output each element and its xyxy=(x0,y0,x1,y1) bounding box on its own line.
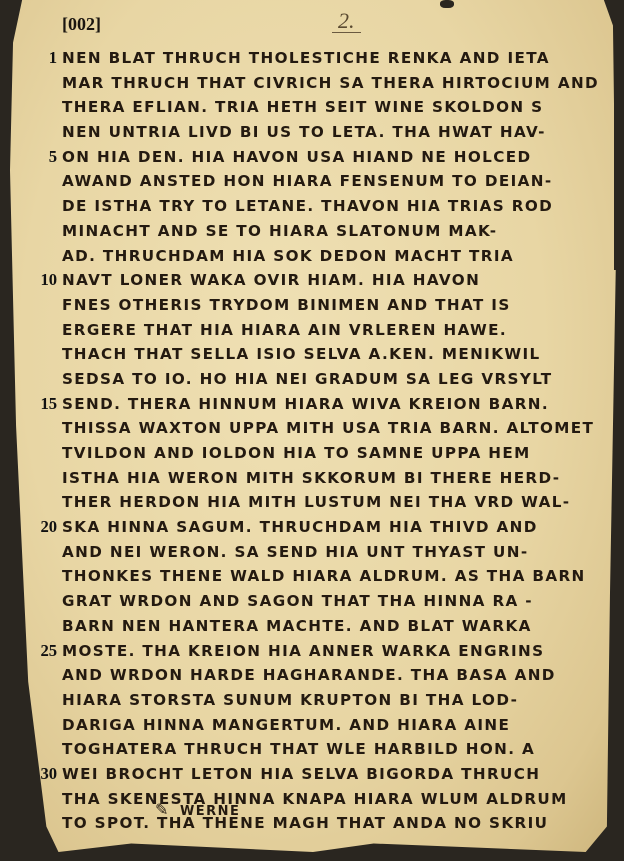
line-text: AND WRDON HARDE HAGHARANDE. THA BASA AND xyxy=(62,666,556,684)
manuscript-line: 10NAVT LONER WAKA OVIR HIAM. HIA HAVON xyxy=(62,268,599,293)
line-text: TOGHATERA THRUCH THAT WLE HARBILD HON. A xyxy=(62,740,535,758)
quill-mark-icon: ✎ xyxy=(155,800,170,819)
line-text: NEN UNTRIA LIVD BI US TO LETA. THA HWAT … xyxy=(62,123,546,141)
line-text: AD. THRUCHDAM HIA SOK DEDON MACHT TRIA xyxy=(62,247,514,265)
manuscript-line: AD. THRUCHDAM HIA SOK DEDON MACHT TRIA xyxy=(62,244,599,269)
line-text: THER HERDON HIA MITH LUSTUM NEI THA VRD … xyxy=(62,493,570,511)
manuscript-line: MAR THRUCH THAT CIVRICH SA THERA HIRTOCI… xyxy=(62,71,599,96)
manuscript-line: 1NEN BLAT THRUCH THOLESTICHE RENKA AND I… xyxy=(62,46,599,71)
page-number: 2. xyxy=(332,10,361,33)
line-text: DARIGA HINNA MANGERTUM. AND HIARA AINE xyxy=(62,716,510,734)
manuscript-line: THONKES THENE WALD HIARA ALDRUM. AS THA … xyxy=(62,564,599,589)
line-number: 1 xyxy=(36,46,58,71)
line-text: SKA HINNA SAGUM. THRUCHDAM HIA THIVD AND xyxy=(62,518,538,536)
manuscript-line: BARN NEN HANTERA MACHTE. AND BLAT WARKA xyxy=(62,614,599,639)
line-text: NAVT LONER WAKA OVIR HIAM. HIA HAVON xyxy=(62,271,480,289)
line-text: NEN BLAT THRUCH THOLESTICHE RENKA AND IE… xyxy=(62,49,550,67)
manuscript-line: 25MOSTE. THA KREION HIA ANNER WARKA ENGR… xyxy=(62,639,599,664)
line-text: MOSTE. THA KREION HIA ANNER WARKA ENGRIN… xyxy=(62,642,544,660)
signature-text: WERNE xyxy=(180,804,241,819)
manuscript-line: NEN UNTRIA LIVD BI US TO LETA. THA HWAT … xyxy=(62,120,599,145)
line-text: THACH THAT SELLA ISIO SELVA A.KEN. MENIK… xyxy=(62,345,541,363)
manuscript-line: TO SPOT. THA THENE MAGH THAT ANDA NO SKR… xyxy=(62,811,599,836)
line-text: SEND. THERA HINNUM HIARA WIVA KREION BAR… xyxy=(62,395,549,413)
page-edge-right xyxy=(614,90,624,270)
manuscript-line: HIARA STORSTA SUNUM KRUPTON BI THA LOD- xyxy=(62,688,599,713)
manuscript-line: AND NEI WERON. SA SEND HIA UNT THYAST UN… xyxy=(62,540,599,565)
line-text: GRAT WRDON AND SAGON THAT THA HINNA RA - xyxy=(62,592,533,610)
manuscript-line: GRAT WRDON AND SAGON THAT THA HINNA RA - xyxy=(62,589,599,614)
manuscript-line: DARIGA HINNA MANGERTUM. AND HIARA AINE xyxy=(62,713,599,738)
manuscript-line: THA SKENESTA HINNA KNAPA HIARA WLUM ALDR… xyxy=(62,787,599,812)
line-text: FNES OTHERIS TRYDOM BINIMEN AND THAT IS xyxy=(62,296,511,314)
line-text: DE ISTHA TRY TO LETANE. THAVON HIA TRIAS… xyxy=(62,197,553,215)
manuscript-line: FNES OTHERIS TRYDOM BINIMEN AND THAT IS xyxy=(62,293,599,318)
manuscript-line: 30WEI BROCHT LETON HIA SELVA BIGORDA THR… xyxy=(62,762,599,787)
line-number: 30 xyxy=(36,762,58,787)
line-number: 10 xyxy=(36,268,58,293)
line-text: MINACHT AND SE TO HIARA SLATONUM MAK- xyxy=(62,222,497,240)
line-text: SEDSA TO IO. HO HIA NEI GRADUM SA LEG VR… xyxy=(62,370,552,388)
manuscript-line: AND WRDON HARDE HAGHARANDE. THA BASA AND xyxy=(62,663,599,688)
manuscript-line: THER HERDON HIA MITH LUSTUM NEI THA VRD … xyxy=(62,490,599,515)
line-text: ON HIA DEN. HIA HAVON USA HIAND NE HOLCE… xyxy=(62,148,531,166)
line-text: MAR THRUCH THAT CIVRICH SA THERA HIRTOCI… xyxy=(62,74,599,92)
manuscript-line: THISSA WAXTON UPPA MITH USA TRIA BARN. A… xyxy=(62,416,599,441)
line-text: BARN NEN HANTERA MACHTE. AND BLAT WARKA xyxy=(62,617,532,635)
manuscript-line: 15SEND. THERA HINNUM HIARA WIVA KREION B… xyxy=(62,392,599,417)
manuscript-line: SEDSA TO IO. HO HIA NEI GRADUM SA LEG VR… xyxy=(62,367,599,392)
page-id: [002] xyxy=(62,14,101,35)
manuscript-line: ERGERE THAT HIA HIARA AIN VRLEREN HAWE. xyxy=(62,318,599,343)
manuscript-line: THERA EFLIAN. TRIA HETH SEIT WINE SKOLDO… xyxy=(62,95,599,120)
manuscript-line: AWAND ANSTED HON HIARA FENSENUM TO DEIAN… xyxy=(62,169,599,194)
manuscript-line: THACH THAT SELLA ISIO SELVA A.KEN. MENIK… xyxy=(62,342,599,367)
line-number: 20 xyxy=(36,515,58,540)
line-text: THONKES THENE WALD HIARA ALDRUM. AS THA … xyxy=(62,567,586,585)
line-text: ISTHA HIA WERON MITH SKKORUM BI THERE HE… xyxy=(62,469,560,487)
manuscript-line: TVILDON AND IOLDON HIA TO SAMNE UPPA HEM xyxy=(62,441,599,466)
line-text: THERA EFLIAN. TRIA HETH SEIT WINE SKOLDO… xyxy=(62,98,544,116)
manuscript-line: 5ON HIA DEN. HIA HAVON USA HIAND NE HOLC… xyxy=(62,145,599,170)
line-text: AND NEI WERON. SA SEND HIA UNT THYAST UN… xyxy=(62,543,528,561)
manuscript-line: MINACHT AND SE TO HIARA SLATONUM MAK- xyxy=(62,219,599,244)
line-number: 15 xyxy=(36,392,58,417)
manuscript-line: TOGHATERA THRUCH THAT WLE HARBILD HON. A xyxy=(62,737,599,762)
line-number: 5 xyxy=(36,145,58,170)
line-text: TVILDON AND IOLDON HIA TO SAMNE UPPA HEM xyxy=(62,444,531,462)
line-text: THA SKENESTA HINNA KNAPA HIARA WLUM ALDR… xyxy=(62,790,568,808)
manuscript-line: 20SKA HINNA SAGUM. THRUCHDAM HIA THIVD A… xyxy=(62,515,599,540)
manuscript-text: 1NEN BLAT THRUCH THOLESTICHE RENKA AND I… xyxy=(62,46,610,836)
line-text: TO SPOT. THA THENE MAGH THAT ANDA NO SKR… xyxy=(62,814,548,832)
signature: ✎ WERNE xyxy=(155,800,240,819)
line-text: HIARA STORSTA SUNUM KRUPTON BI THA LOD- xyxy=(62,691,518,709)
line-text: WEI BROCHT LETON HIA SELVA BIGORDA THRUC… xyxy=(62,765,540,783)
line-text: AWAND ANSTED HON HIARA FENSENUM TO DEIAN… xyxy=(62,172,553,190)
manuscript-line: DE ISTHA TRY TO LETANE. THAVON HIA TRIAS… xyxy=(62,194,599,219)
line-text: ERGERE THAT HIA HIARA AIN VRLEREN HAWE. xyxy=(62,321,507,339)
line-text: THISSA WAXTON UPPA MITH USA TRIA BARN. A… xyxy=(62,419,594,437)
manuscript-line: ISTHA HIA WERON MITH SKKORUM BI THERE HE… xyxy=(62,466,599,491)
line-number: 25 xyxy=(36,639,58,664)
page-tear-top xyxy=(440,0,454,8)
